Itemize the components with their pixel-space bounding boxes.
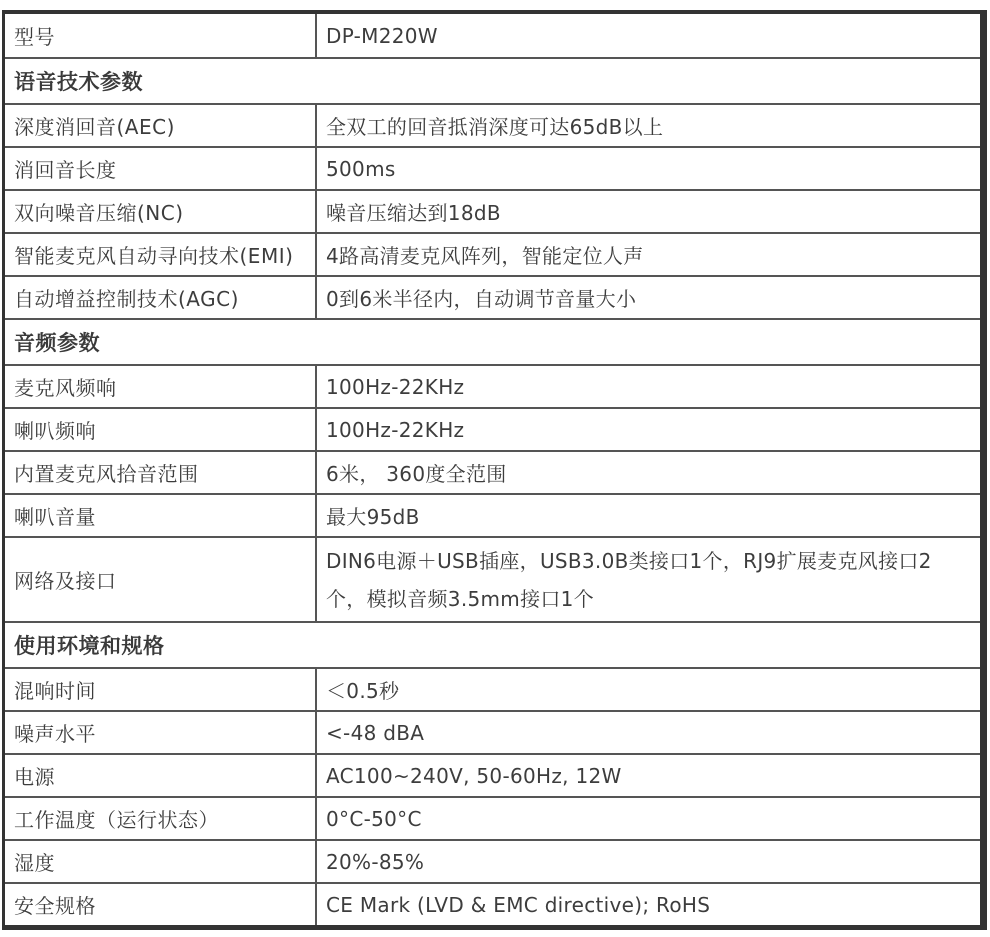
spec-row: 双向噪音压缩(NC)噪音压缩达到18dB (5, 189, 980, 232)
section-header-label: 使用环境和规格 (5, 623, 980, 667)
spec-row: 深度消回音(AEC)全双工的回音抵消深度可达65dB以上 (5, 103, 980, 146)
spec-value-cell: 20%-85% (317, 841, 980, 882)
spec-label-cell: 喇叭音量 (5, 495, 317, 536)
spec-value-cell: 500ms (317, 148, 980, 189)
section-header-row: 语音技术参数 (5, 57, 980, 103)
section-header-row: 音频参数 (5, 318, 980, 364)
spec-label-cell: 喇叭频响 (5, 409, 317, 450)
spec-value-cell: 100Hz-22KHz (317, 366, 980, 407)
section-header-label: 音频参数 (5, 320, 980, 364)
spec-row: 网络及接口DIN6电源＋USB插座，USB3.0B类接口1个，RJ9扩展麦克风接… (5, 536, 980, 621)
spec-value-cell: 最大95dB (317, 495, 980, 536)
spec-label-cell: 电源 (5, 755, 317, 796)
spec-value-cell: DIN6电源＋USB插座，USB3.0B类接口1个，RJ9扩展麦克风接口2个，模… (317, 538, 980, 621)
spec-label-cell: 混响时间 (5, 669, 317, 710)
spec-value-cell: ＜0.5秒 (317, 669, 980, 710)
spec-label-cell: 麦克风频响 (5, 366, 317, 407)
spec-value-cell: AC100~240V, 50-60Hz, 12W (317, 755, 980, 796)
spec-label-cell: 深度消回音(AEC) (5, 105, 317, 146)
spec-row: 工作温度（运行状态）0°C-50°C (5, 796, 980, 839)
spec-table: 型号DP-M220W语音技术参数深度消回音(AEC)全双工的回音抵消深度可达65… (2, 10, 987, 930)
spec-value-cell: 4路高清麦克风阵列，智能定位人声 (317, 234, 980, 275)
spec-value-cell: 6米， 360度全范围 (317, 452, 980, 493)
spec-label-cell: 安全规格 (5, 884, 317, 925)
spec-row: 混响时间＜0.5秒 (5, 667, 980, 710)
spec-label-cell: 双向噪音压缩(NC) (5, 191, 317, 232)
spec-row: 喇叭音量最大95dB (5, 493, 980, 536)
spec-row: 噪声水平<-48 dBA (5, 710, 980, 753)
spec-row: 型号DP-M220W (5, 14, 980, 57)
spec-value-cell: <-48 dBA (317, 712, 980, 753)
spec-label-cell: 消回音长度 (5, 148, 317, 189)
spec-row: 安全规格CE Mark (LVD & EMC directive); RoHS (5, 882, 980, 925)
spec-label-cell: 工作温度（运行状态） (5, 798, 317, 839)
spec-row: 智能麦克风自动寻向技术(EMI)4路高清麦克风阵列，智能定位人声 (5, 232, 980, 275)
spec-value-cell: DP-M220W (317, 14, 980, 57)
spec-value-cell: 100Hz-22KHz (317, 409, 980, 450)
spec-row: 喇叭频响100Hz-22KHz (5, 407, 980, 450)
spec-row: 自动增益控制技术(AGC)0到6米半径内，自动调节音量大小 (5, 275, 980, 318)
spec-row: 电源AC100~240V, 50-60Hz, 12W (5, 753, 980, 796)
section-header-label: 语音技术参数 (5, 59, 980, 103)
spec-row: 消回音长度500ms (5, 146, 980, 189)
spec-row: 内置麦克风拾音范围6米， 360度全范围 (5, 450, 980, 493)
spec-label-cell: 内置麦克风拾音范围 (5, 452, 317, 493)
section-header-row: 使用环境和规格 (5, 621, 980, 667)
spec-value-cell: 0°C-50°C (317, 798, 980, 839)
spec-label-cell: 湿度 (5, 841, 317, 882)
spec-value-cell: 0到6米半径内，自动调节音量大小 (317, 277, 980, 318)
spec-label-cell: 型号 (5, 14, 317, 57)
spec-sheet-page: 型号DP-M220W语音技术参数深度消回音(AEC)全双工的回音抵消深度可达65… (0, 0, 990, 937)
spec-row: 麦克风频响100Hz-22KHz (5, 364, 980, 407)
spec-label-cell: 噪声水平 (5, 712, 317, 753)
spec-row: 湿度20%-85% (5, 839, 980, 882)
spec-label-cell: 智能麦克风自动寻向技术(EMI) (5, 234, 317, 275)
spec-value-cell: 噪音压缩达到18dB (317, 191, 980, 232)
spec-value-cell: CE Mark (LVD & EMC directive); RoHS (317, 884, 980, 925)
spec-value-cell: 全双工的回音抵消深度可达65dB以上 (317, 105, 980, 146)
spec-label-cell: 自动增益控制技术(AGC) (5, 277, 317, 318)
spec-label-cell: 网络及接口 (5, 538, 317, 621)
